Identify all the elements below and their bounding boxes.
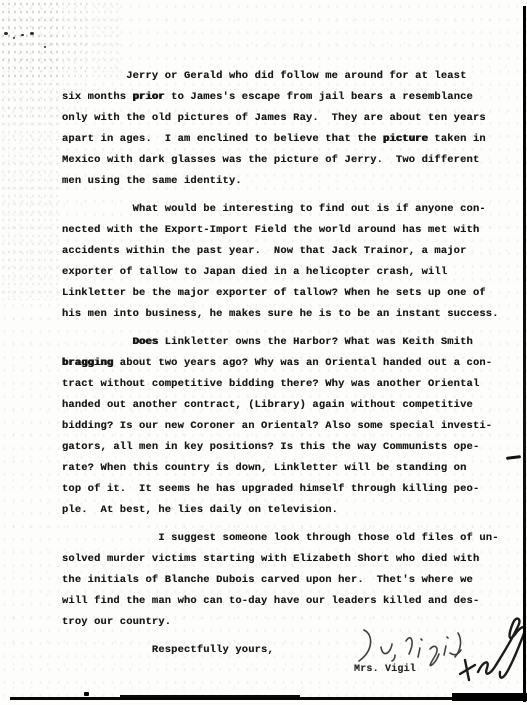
letter-line: nected with the Export-Import Field the …	[62, 220, 514, 241]
letter-line: his men into business, he makes sure he …	[62, 304, 514, 325]
scan-edge-bottom-right	[452, 693, 527, 701]
scan-edge-dot	[84, 692, 89, 696]
scan-edge-bottom-segment	[120, 695, 300, 697]
scan-edge-bottom	[10, 697, 502, 700]
paragraph: Does Linkletter owns the Harbor? What wa…	[62, 332, 514, 521]
letter-line: I suggest someone look through those old…	[62, 528, 514, 549]
letter-line: solved murder victims starting with Eliz…	[62, 549, 514, 570]
scan-edge-right	[523, 6, 526, 702]
letter-line: only with the old pictures of James Ray.…	[62, 108, 514, 129]
letter-line: will find the man who can to-day have ou…	[62, 591, 514, 612]
letter-line: exporter of tallow to Japan died in a he…	[62, 262, 514, 283]
paragraph: What would be interesting to find out is…	[62, 199, 514, 325]
letter-line: handed out another contract, (Library) a…	[62, 395, 514, 416]
letter-line: What would be interesting to find out is…	[62, 199, 514, 220]
ink-speck	[44, 46, 46, 48]
letter-line: apart in ages. I am enclined to believe …	[62, 129, 514, 150]
paragraph: Jerry or Gerald who did follow me around…	[62, 66, 514, 192]
ink-speck	[4, 32, 8, 35]
ink-speck	[30, 32, 34, 35]
scan-noise-left	[0, 0, 58, 300]
letter-line: men using the same identity.	[62, 171, 514, 192]
ink-speck	[13, 37, 15, 39]
letter-line: ple. At best, he lies daily on televisio…	[62, 500, 514, 521]
letter-line: bragging about two years ago? Why was an…	[62, 353, 514, 374]
letter-line: the initials of Blanche Dubois carved up…	[62, 570, 514, 591]
letter-line: six months prior to James's escape from …	[62, 87, 514, 108]
letter-line: gators, all men in key positions? Is thi…	[62, 437, 514, 458]
letter-line: accidents within the past year. Now that…	[62, 241, 514, 262]
letter-line: rate? When this country is down, Linklet…	[62, 458, 514, 479]
letter-line: tract without competitive bidding there?…	[62, 374, 514, 395]
letter-paragraphs: Jerry or Gerald who did follow me around…	[62, 66, 514, 633]
ink-speck	[21, 34, 24, 36]
letter-line: top of it. It seems he has upgraded hims…	[62, 479, 514, 500]
paragraph: I suggest someone look through those old…	[62, 528, 514, 633]
letter-body: Jerry or Gerald who did follow me around…	[62, 66, 514, 661]
letter-line: Jerry or Gerald who did follow me around…	[62, 66, 514, 87]
letter-line: Linkletter be the major exporter of tall…	[62, 283, 514, 304]
signature-typed-name: Mrs. Vigil	[354, 664, 416, 675]
corner-scrawl-handwriting	[452, 608, 527, 704]
letter-line: Does Linkletter owns the Harbor? What wa…	[62, 332, 514, 353]
letter-page: Jerry or Gerald who did follow me around…	[0, 0, 527, 705]
letter-line: Mexico with dark glasses was the picture…	[62, 150, 514, 171]
letter-line: bidding? Is our new Coroner an Oriental?…	[62, 416, 514, 437]
